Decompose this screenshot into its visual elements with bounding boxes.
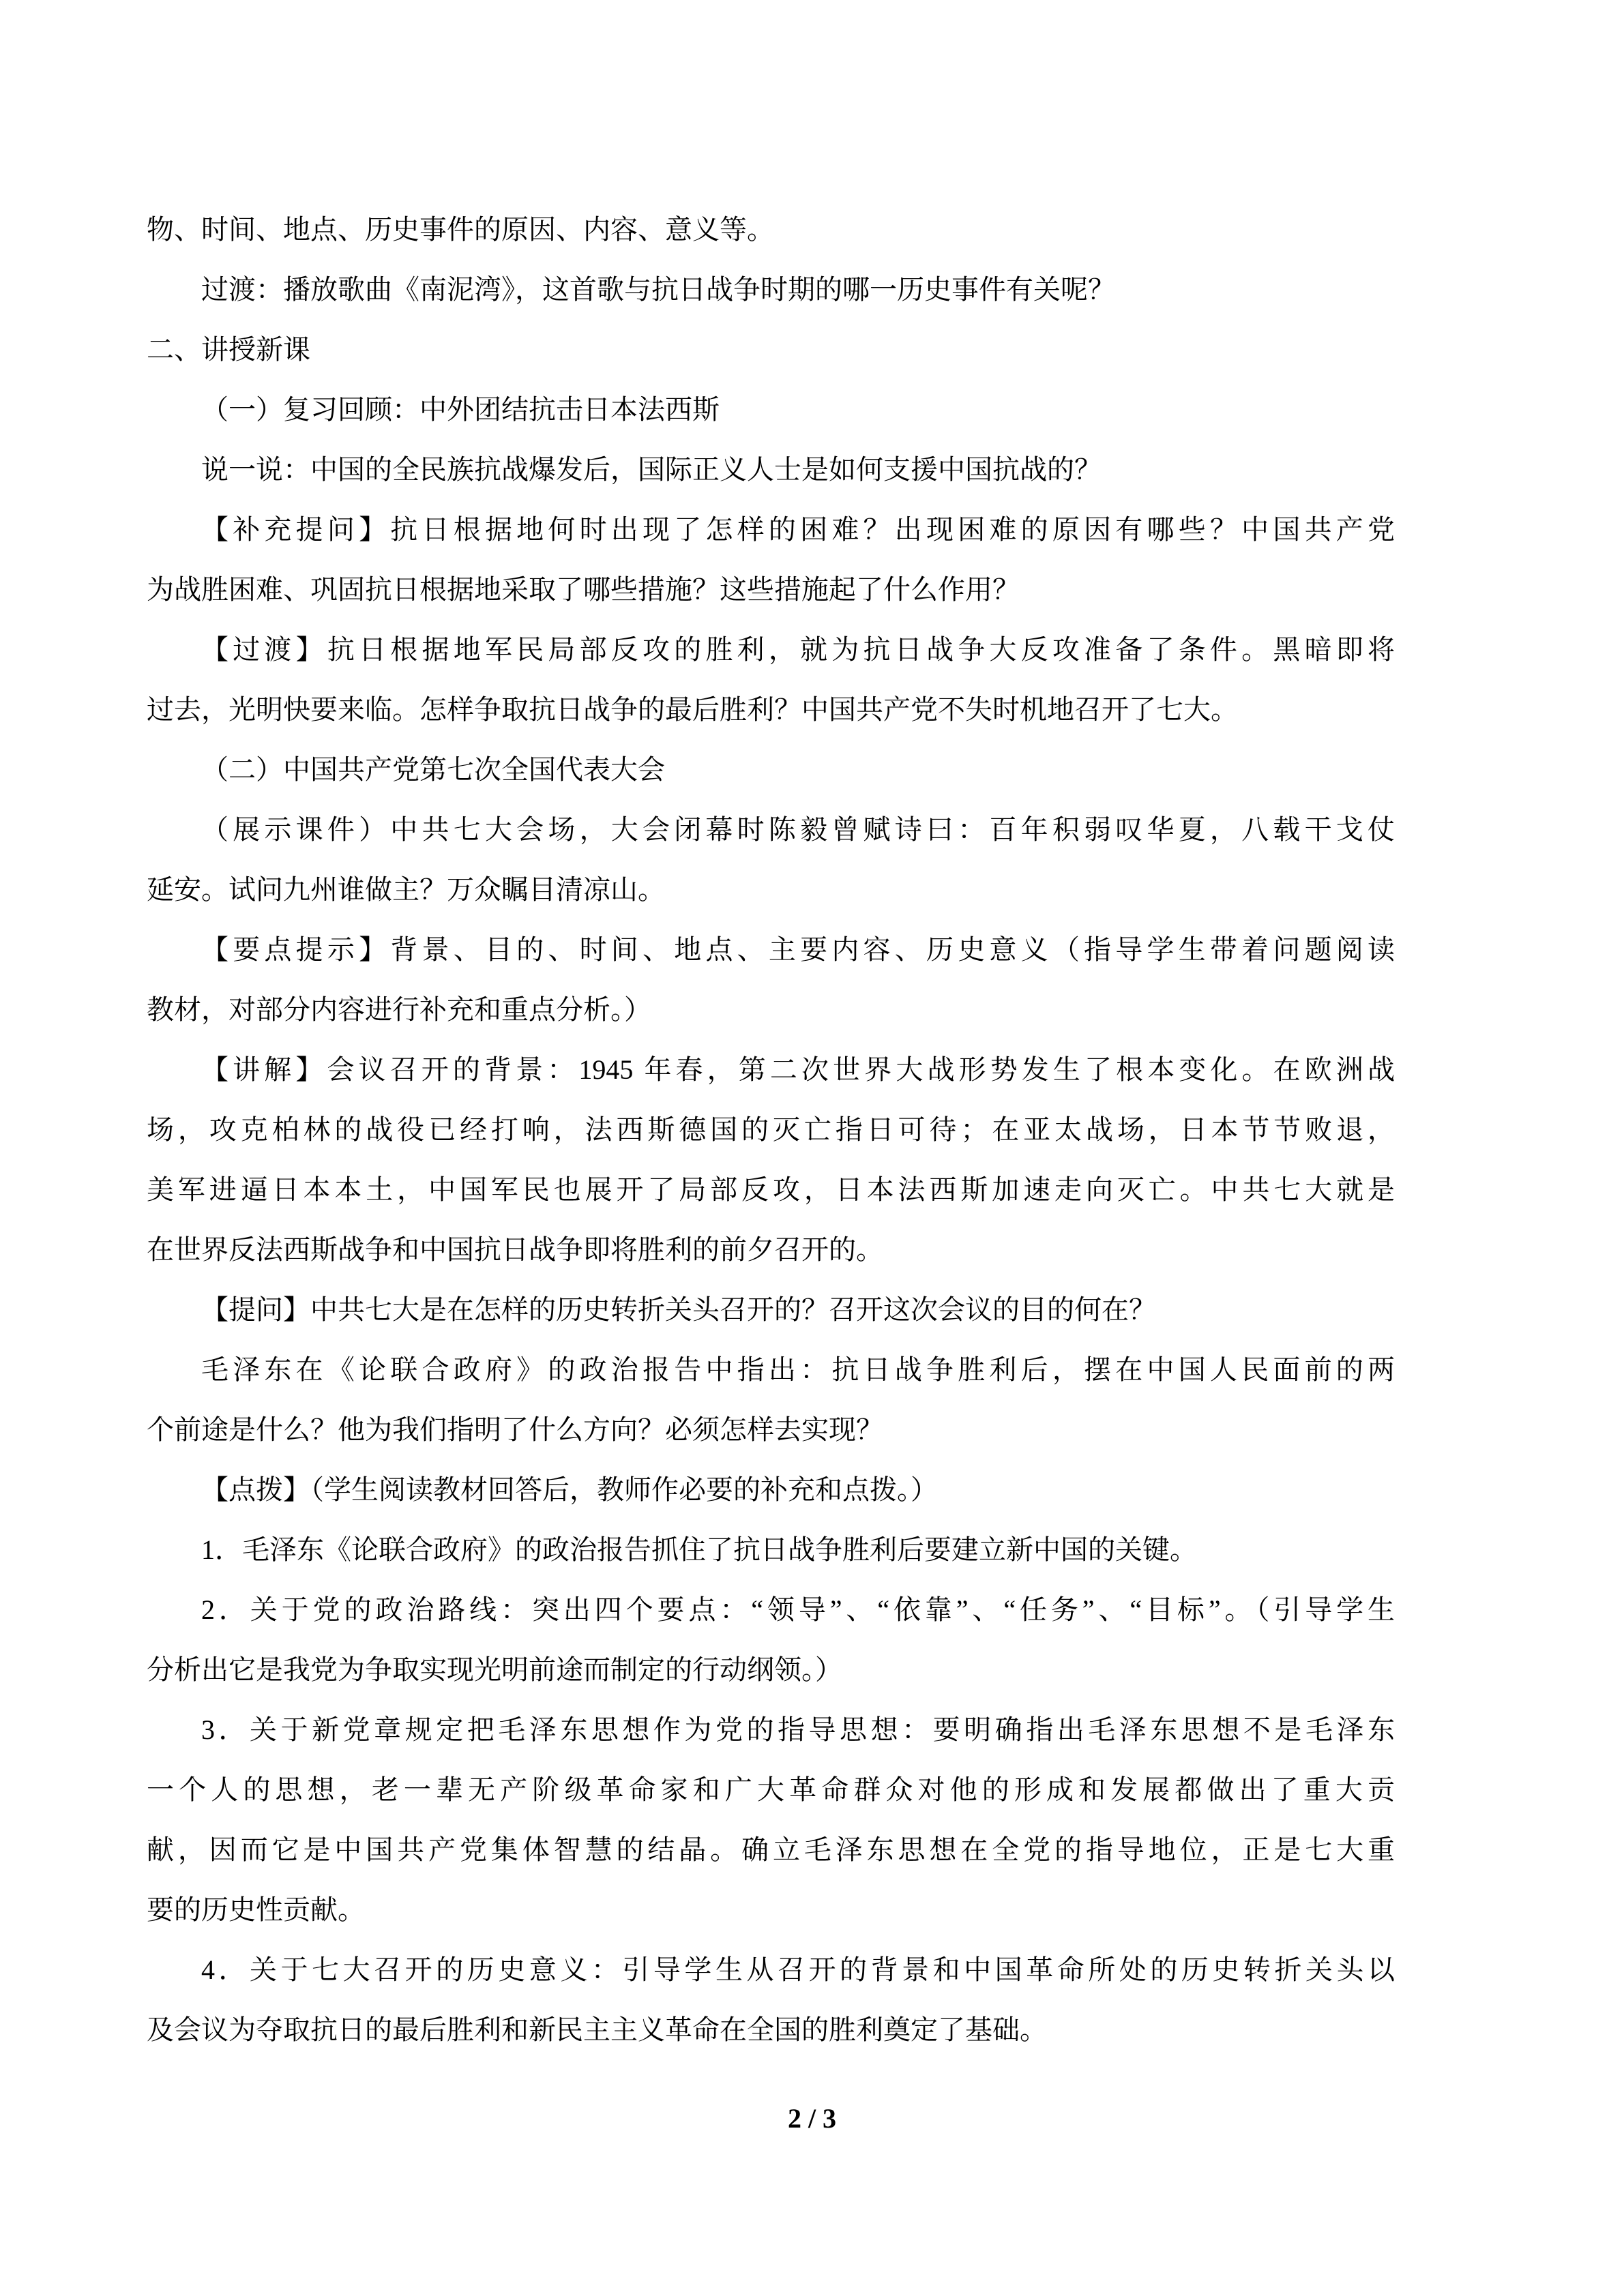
document-page: 物、时间、地点、历史事件的原因、内容、意义等。过渡：播放歌曲《南泥湾》，这首歌与… bbox=[0, 0, 1624, 2296]
text-line: （展示课件）中共七大会场，大会闭幕时陈毅曾赋诗曰：百年积弱叹华夏，八载干戈仗 bbox=[147, 800, 1395, 860]
text-line: 个前途是什么？他为我们指明了什么方向？必须怎样去实现？ bbox=[147, 1400, 1395, 1460]
text-line: 2．关于党的政治路线：突出四个要点：“领导”、“依靠”、“任务”、“目标”。（引… bbox=[147, 1580, 1395, 1640]
text-line: 1．毛泽东《论联合政府》的政治报告抓住了抗日战争胜利后要建立新中国的关键。 bbox=[147, 1520, 1395, 1580]
text-line: 说一说：中国的全民族抗战爆发后，国际正义人士是如何支援中国抗战的？ bbox=[147, 440, 1395, 500]
text-line: 为战胜困难、巩固抗日根据地采取了哪些措施？这些措施起了什么作用？ bbox=[147, 560, 1395, 620]
text-line: 要的历史性贡献。 bbox=[147, 1880, 1395, 1940]
text-line: 【要点提示】背景、目的、时间、地点、主要内容、历史意义（指导学生带着问题阅读 bbox=[147, 920, 1395, 980]
text-line: 【点拨】（学生阅读教材回答后，教师作必要的补充和点拨。） bbox=[147, 1460, 1395, 1520]
text-line: 4．关于七大召开的历史意义：引导学生从召开的背景和中国革命所处的历史转折关头以 bbox=[147, 1940, 1395, 2000]
text-line: 过去，光明快要来临。怎样争取抗日战争的最后胜利？中国共产党不失时机地召开了七大。 bbox=[147, 680, 1395, 740]
text-line: 物、时间、地点、历史事件的原因、内容、意义等。 bbox=[147, 200, 1395, 260]
text-line: 教材，对部分内容进行补充和重点分析。） bbox=[147, 980, 1395, 1040]
text-line: 毛泽东在《论联合政府》的政治报告中指出：抗日战争胜利后，摆在中国人民面前的两 bbox=[147, 1340, 1395, 1400]
text-line: 在世界反法西斯战争和中国抗日战争即将胜利的前夕召开的。 bbox=[147, 1220, 1395, 1280]
text-line: 分析出它是我党为争取实现光明前途而制定的行动纲领。） bbox=[147, 1640, 1395, 1700]
text-line: 3．关于新党章规定把毛泽东思想作为党的指导思想：要明确指出毛泽东思想不是毛泽东 bbox=[147, 1700, 1395, 1760]
text-line: 【讲解】会议召开的背景：1945 年春，第二次世界大战形势发生了根本变化。在欧洲… bbox=[147, 1040, 1395, 1100]
text-line: 献，因而它是中国共产党集体智慧的结晶。确立毛泽东思想在全党的指导地位，正是七大重 bbox=[147, 1820, 1395, 1880]
text-line: 延安。试问九州谁做主？万众瞩目清凉山。 bbox=[147, 860, 1395, 920]
text-line: 【补充提问】抗日根据地何时出现了怎样的困难？出现困难的原因有哪些？中国共产党 bbox=[147, 500, 1395, 560]
text-line: 【过渡】抗日根据地军民局部反攻的胜利，就为抗日战争大反攻准备了条件。黑暗即将 bbox=[147, 620, 1395, 680]
page-footer: 2 / 3 bbox=[0, 2095, 1624, 2143]
text-line: 美军进逼日本本土，中国军民也展开了局部反攻，日本法西斯加速走向灭亡。中共七大就是 bbox=[147, 1160, 1395, 1220]
text-line: 二、讲授新课 bbox=[147, 320, 1395, 380]
document-body: 物、时间、地点、历史事件的原因、内容、意义等。过渡：播放歌曲《南泥湾》，这首歌与… bbox=[147, 200, 1395, 2060]
text-line: （二）中国共产党第七次全国代表大会 bbox=[147, 740, 1395, 800]
text-line: 过渡：播放歌曲《南泥湾》，这首歌与抗日战争时期的哪一历史事件有关呢？ bbox=[147, 260, 1395, 320]
text-line: 及会议为夺取抗日的最后胜利和新民主主义革命在全国的胜利奠定了基础。 bbox=[147, 2000, 1395, 2060]
text-line: 【提问】中共七大是在怎样的历史转折关头召开的？召开这次会议的目的何在？ bbox=[147, 1280, 1395, 1340]
page-number: 2 / 3 bbox=[788, 2103, 836, 2134]
text-line: 一个人的思想，老一辈无产阶级革命家和广大革命群众对他的形成和发展都做出了重大贡 bbox=[147, 1760, 1395, 1820]
text-line: 场，攻克柏林的战役已经打响，法西斯德国的灭亡指日可待；在亚太战场，日本节节败退， bbox=[147, 1100, 1395, 1160]
text-line: （一）复习回顾：中外团结抗击日本法西斯 bbox=[147, 380, 1395, 440]
